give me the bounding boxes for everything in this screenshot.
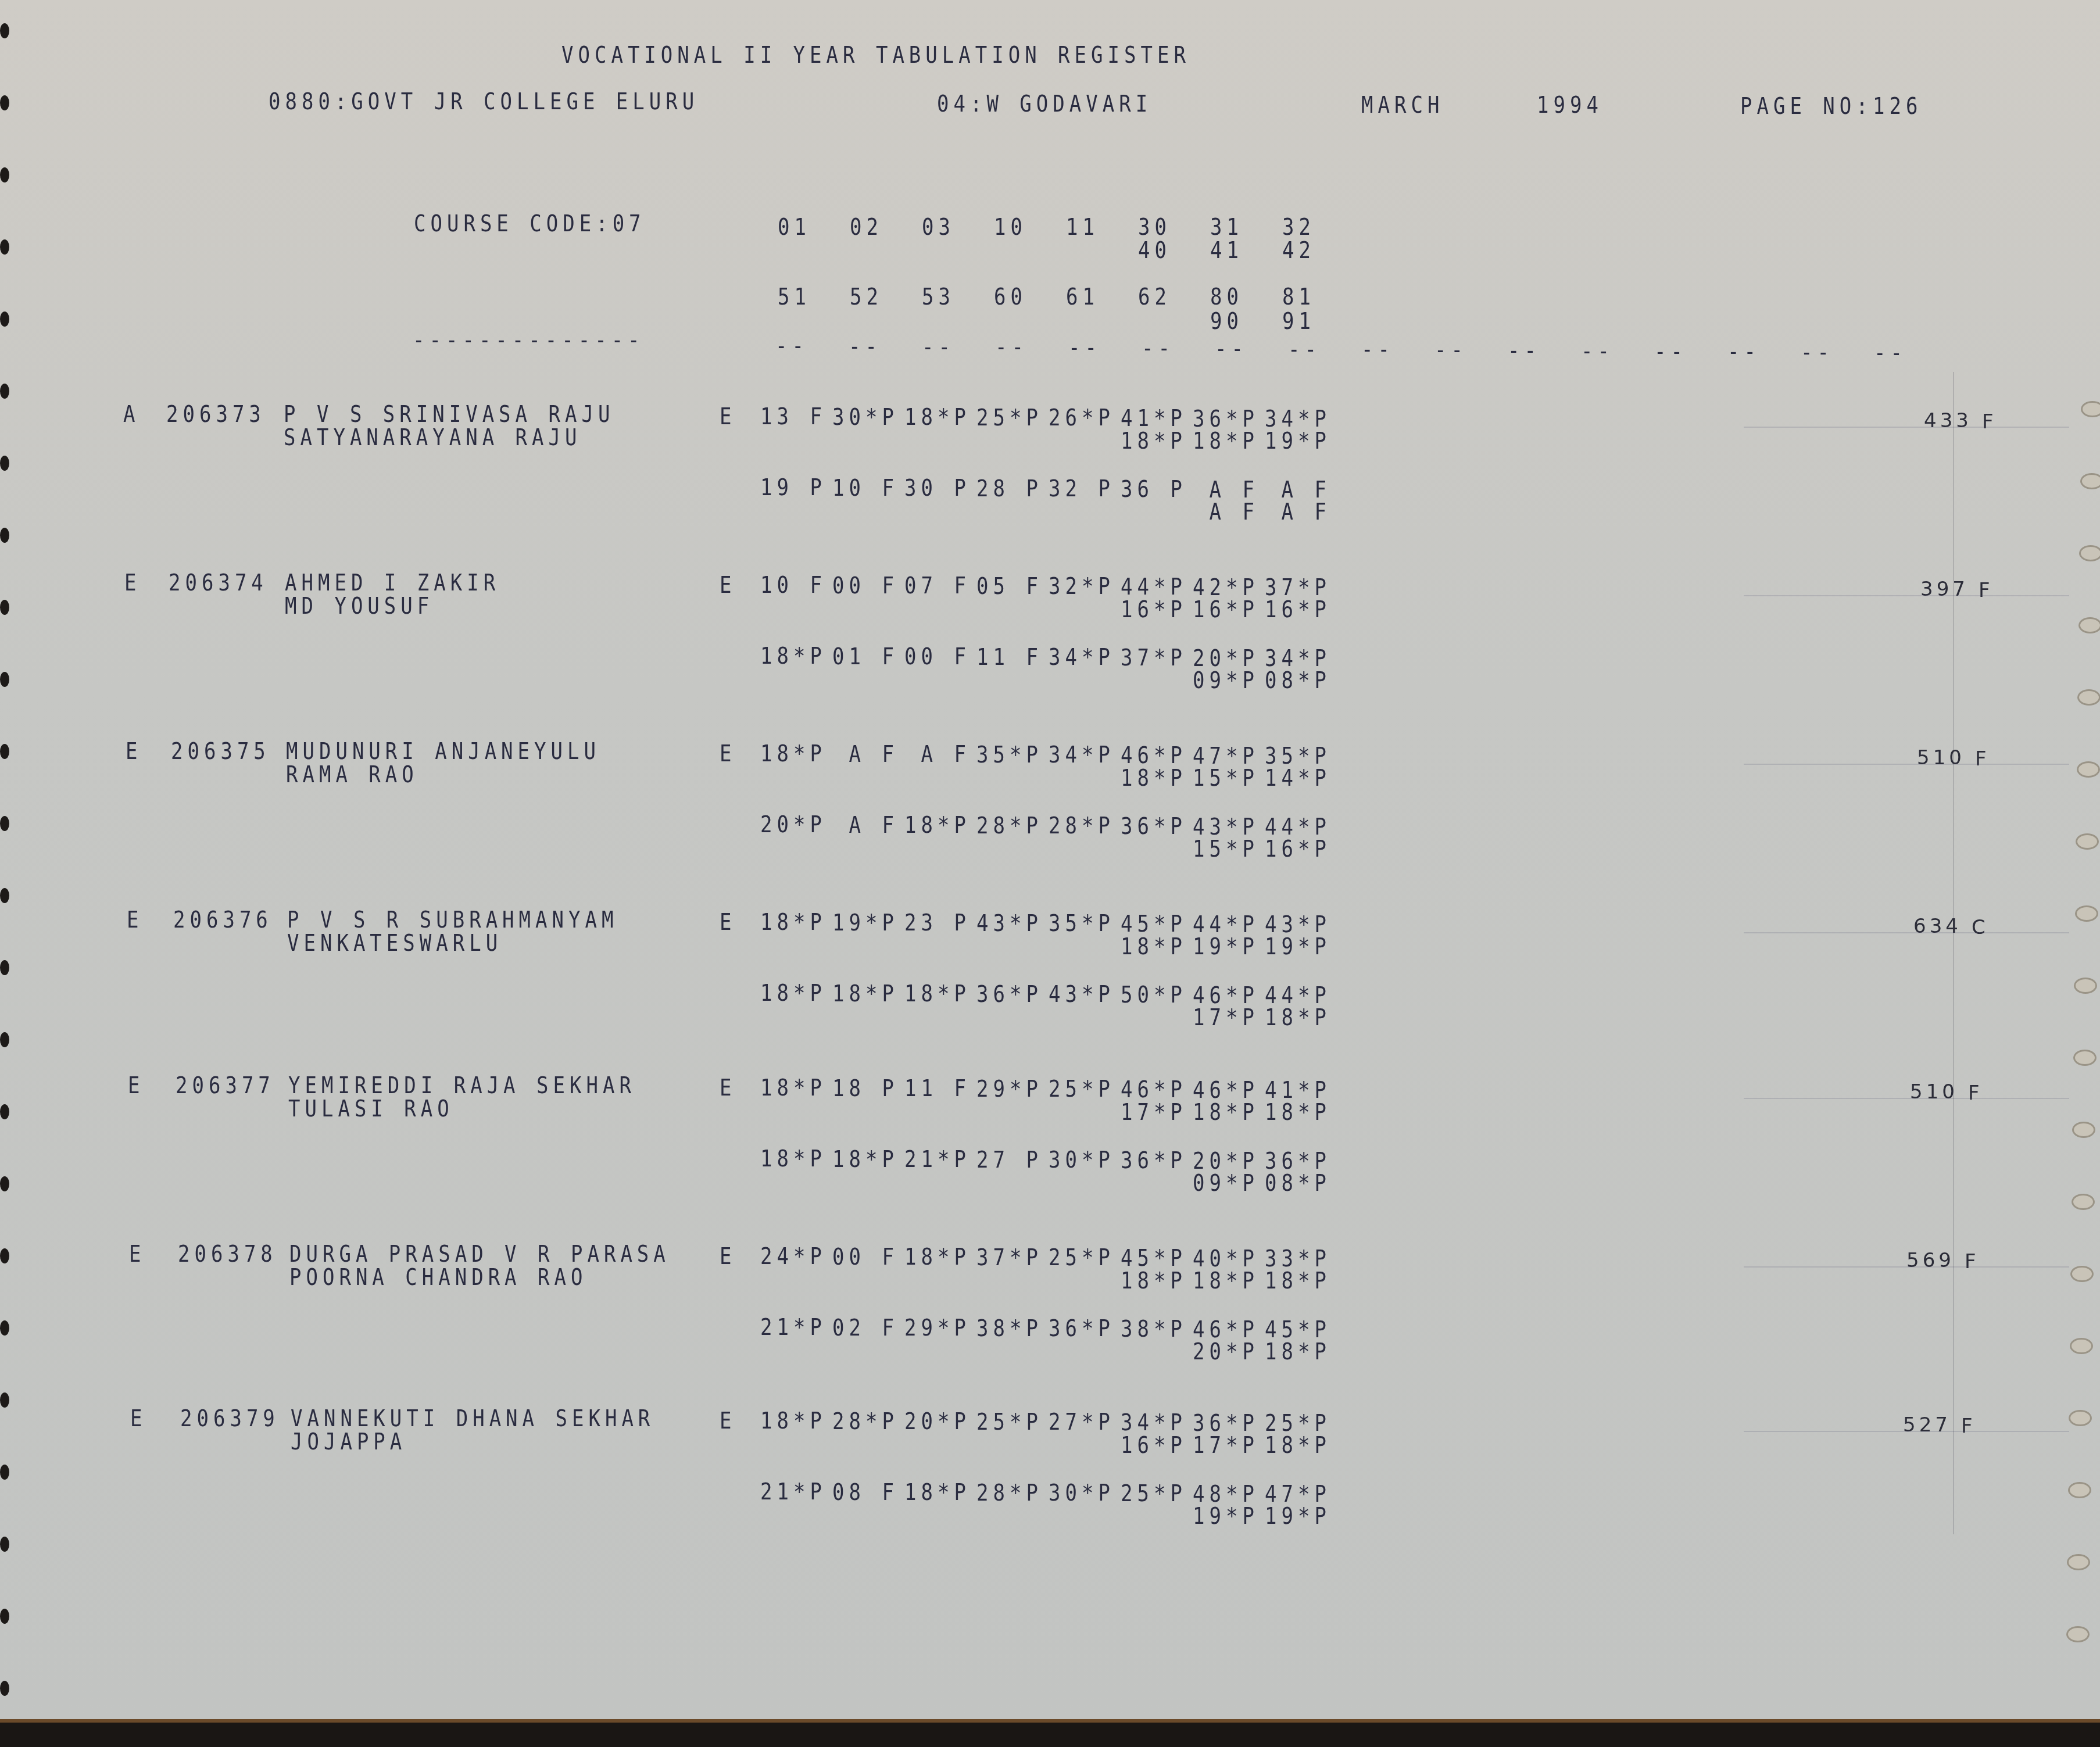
college-name: 0880:GOVT JR COLLEGE ELURU (269, 88, 699, 115)
student-category: E (126, 738, 142, 765)
subject-mark: 25*P (976, 1409, 1043, 1435)
subject-mark: 15*P (1193, 836, 1259, 862)
subject-mark: 18*P (904, 980, 971, 1007)
subject-mark: 18*P (1193, 1268, 1259, 1294)
subject-mark: A F (1265, 499, 1331, 525)
subject-mark: 27*P (1049, 1409, 1115, 1435)
subject-mark: 36*P (1049, 1315, 1115, 1342)
subject-mark: 18*P (904, 1244, 971, 1270)
subject-mark: 28*P (976, 812, 1043, 839)
total-marks: 569 (1906, 1249, 1955, 1272)
father-name: MD YOUSUF (285, 593, 434, 620)
header-underline: -------------- (413, 327, 645, 353)
subject-mark: 28*P (976, 1480, 1043, 1506)
father-name: SATYANARAYANA RAJU (284, 424, 581, 451)
subject-mark: 00 F (904, 643, 971, 670)
feed-hole (2075, 905, 2098, 922)
total-marks: 510 (1910, 1080, 1958, 1104)
subject-code: 81 (1282, 284, 1315, 310)
subject-mark: 18*P (1121, 428, 1187, 454)
subject-mark: 36*P (1121, 1147, 1187, 1174)
subject-mark: A F (904, 741, 971, 768)
subject-mark: 32 P (1049, 475, 1115, 502)
feed-hole (2077, 689, 2100, 706)
feed-hole (0, 1609, 9, 1624)
subject-mark: 19*P (832, 910, 899, 936)
subject-mark: A F (832, 741, 899, 768)
hall-ticket-number: 206375 (171, 738, 270, 765)
total-marks: 634 (1913, 915, 1962, 938)
column-dash: -- (1581, 338, 1614, 364)
subject-mark: 18*P (1121, 765, 1187, 792)
subject-mark: 23 P (904, 910, 971, 936)
feed-hole (0, 1320, 9, 1336)
feed-hole (2072, 1122, 2095, 1138)
feed-hole (0, 95, 9, 110)
subject-mark: 00 F (832, 1244, 899, 1270)
subject-code: 01 (778, 214, 811, 241)
subject-mark: A F (832, 812, 899, 839)
subject-mark: 08 F (832, 1479, 899, 1506)
subject-mark: 18*P (1121, 933, 1187, 960)
subject-mark: 30*P (1049, 1147, 1115, 1173)
result-grade: C (1972, 916, 1989, 939)
feed-hole (0, 456, 9, 471)
subject-mark: 28 P (976, 475, 1043, 502)
subject-mark: 24*P (760, 1243, 827, 1270)
subject-mark: 20*P (904, 1408, 971, 1435)
subject-mark: 36 P (1121, 476, 1187, 503)
subject-code: 90 (1210, 308, 1243, 335)
ruled-line (1744, 932, 2069, 933)
subject-code: 53 (922, 284, 955, 310)
subject-mark: 18*P (904, 1479, 971, 1506)
column-dash: -- (1361, 336, 1394, 363)
subject-code: 51 (778, 284, 811, 310)
feed-hole (2073, 1050, 2097, 1066)
subject-mark: 21*P (760, 1314, 827, 1341)
feed-hole (0, 1032, 9, 1047)
subject-mark: 19 P (760, 474, 827, 501)
subject-mark: 17*P (1193, 1004, 1259, 1031)
ruled-line (1744, 1266, 2069, 1268)
feed-hole (0, 1681, 9, 1696)
subject-mark: 11 F (976, 644, 1043, 671)
subject-mark: 18*P (760, 1145, 827, 1172)
ruled-line (1744, 427, 2069, 428)
subject-mark: 25*P (976, 404, 1043, 431)
subject-mark: 18*P (904, 812, 971, 839)
subject-mark: 18*P (1193, 428, 1259, 454)
district-name: 04:W GODAVARI (937, 91, 1152, 117)
subject-mark: 25*P (1049, 1244, 1115, 1271)
student-category: E (128, 1072, 144, 1099)
subject-mark: 32*P (1049, 573, 1115, 600)
feed-hole (2068, 1482, 2091, 1498)
subject-mark: 30*P (832, 404, 899, 431)
subject-mark: 18*P (760, 909, 827, 936)
medium: E (720, 1075, 736, 1101)
subject-mark: 18*P (760, 1075, 827, 1101)
hall-ticket-number: 206379 (180, 1405, 280, 1432)
column-dash: -- (995, 334, 1028, 360)
subject-code: 91 (1282, 308, 1315, 335)
subject-mark: 18*P (760, 740, 827, 767)
ruled-line (1744, 595, 2069, 596)
feed-hole (2081, 401, 2100, 417)
subject-code: 62 (1138, 284, 1171, 310)
subject-mark: 10 F (760, 572, 827, 599)
subject-mark: 18*P (1193, 1099, 1259, 1126)
feed-hole (0, 672, 9, 687)
subject-mark: 18*P (760, 1408, 827, 1434)
feed-hole (2067, 1554, 2090, 1570)
subject-mark: 18*P (832, 980, 899, 1007)
feed-hole (2079, 545, 2100, 561)
student-category: E (129, 1241, 145, 1268)
feed-hole (2074, 978, 2097, 994)
feed-hole (0, 167, 9, 182)
medium: E (720, 740, 736, 767)
subject-mark: 27 P (976, 1147, 1043, 1173)
subject-mark: 16*P (1265, 836, 1331, 862)
subject-mark: 17*P (1121, 1099, 1187, 1126)
feed-hole (0, 600, 9, 615)
subject-mark: 09*P (1193, 667, 1259, 694)
column-dash: -- (1068, 334, 1101, 361)
ruled-line (1744, 1431, 2069, 1432)
subject-code: 41 (1210, 237, 1243, 264)
feed-hole (0, 888, 9, 903)
subject-mark: 10 F (832, 475, 899, 502)
result-grade: F (1975, 747, 1990, 771)
column-dash: -- (1142, 335, 1175, 361)
column-dash: -- (1874, 339, 1907, 366)
subject-mark: 18*P (760, 980, 827, 1007)
subject-code: 40 (1138, 237, 1171, 264)
result-grade: F (1979, 579, 1994, 602)
subject-code: 42 (1282, 237, 1315, 264)
subject-mark: 21*P (904, 1146, 971, 1173)
result-grade: F (1968, 1082, 1983, 1105)
course-code: COURSE CODE:07 (414, 210, 646, 237)
subject-mark: 18*P (1121, 1268, 1187, 1294)
father-name: TULASI RAO (288, 1096, 454, 1122)
feed-hole (2070, 1338, 2093, 1354)
margin-guide-line (1953, 372, 1954, 1534)
subject-mark: 08*P (1265, 1170, 1331, 1197)
subject-mark: 35*P (1049, 910, 1115, 937)
column-dash: -- (1508, 337, 1541, 364)
feed-hole (0, 1465, 9, 1480)
feed-hole (2072, 1194, 2095, 1210)
subject-code: 10 (994, 214, 1027, 241)
hall-ticket-number: 206374 (169, 570, 268, 596)
subject-mark: 18*P (760, 643, 827, 670)
father-name: JOJAPPA (291, 1429, 406, 1455)
subject-mark: 19*P (1265, 428, 1331, 454)
column-dash: -- (1215, 335, 1248, 362)
subject-code: 61 (1066, 284, 1099, 310)
column-dash: -- (775, 332, 808, 359)
subject-mark: 20*P (1193, 1338, 1259, 1365)
feed-hole (2080, 473, 2100, 489)
total-marks: 510 (1917, 746, 1965, 769)
subject-mark: 17*P (1193, 1432, 1259, 1459)
subject-mark: 08*P (1265, 667, 1331, 694)
feed-hole (0, 1104, 9, 1119)
total-marks: 397 (1920, 578, 1969, 601)
subject-mark: 18*P (1265, 1338, 1331, 1365)
subject-mark: 19*P (1193, 1503, 1259, 1530)
subject-mark: 18 P (832, 1075, 899, 1102)
subject-code: 80 (1210, 284, 1243, 310)
subject-mark: 19*P (1265, 1503, 1331, 1530)
subject-mark: 19*P (1193, 933, 1259, 960)
result-grade: F (1965, 1250, 1980, 1273)
result-grade: F (1982, 410, 1997, 434)
subject-mark: 18*P (904, 404, 971, 431)
exam-year: 1994 (1537, 92, 1603, 119)
subject-mark: 18*P (1265, 1004, 1331, 1031)
subject-code: 60 (994, 284, 1027, 310)
page-number-label: PAGE NO: (1740, 93, 1873, 120)
subject-mark: 29*P (904, 1315, 971, 1341)
subject-mark: 29*P (976, 1076, 1043, 1102)
subject-mark: 28*P (832, 1408, 899, 1435)
subject-mark: 38*P (976, 1315, 1043, 1342)
feed-hole (2077, 761, 2100, 778)
father-name: VENKATESWARLU (287, 930, 502, 957)
subject-mark: 20*P (760, 811, 827, 838)
subject-mark: 18*P (1265, 1268, 1331, 1294)
column-dash: -- (1434, 336, 1468, 363)
subject-mark: 16*P (1121, 1432, 1187, 1459)
exam-month: MARCH (1361, 92, 1444, 119)
student-category: E (130, 1405, 146, 1432)
subject-mark: 30*P (1049, 1480, 1115, 1506)
medium: E (720, 909, 736, 936)
feed-hole (0, 239, 9, 255)
subject-mark: 18*P (1265, 1432, 1331, 1459)
father-name: RAMA RAO (286, 761, 418, 788)
subject-mark: 37*P (976, 1244, 1043, 1271)
hall-ticket-number: 206376 (173, 907, 273, 933)
subject-mark: 16*P (1265, 596, 1331, 623)
subject-mark: 02 F (832, 1315, 899, 1341)
column-dash: -- (1727, 338, 1761, 365)
medium: E (720, 1243, 736, 1270)
student-category: E (124, 570, 141, 596)
subject-mark: 36*P (1121, 813, 1187, 840)
feed-hole (2069, 1410, 2092, 1426)
feed-hole (0, 816, 9, 831)
subject-mark: 07 F (904, 572, 971, 599)
subject-mark: 34*P (1049, 644, 1115, 671)
hall-ticket-number: 206373 (166, 401, 266, 428)
subject-mark: 01 F (832, 643, 899, 670)
page-number: 126 (1873, 93, 1922, 120)
subject-code: 03 (922, 214, 955, 241)
feed-hole (0, 384, 9, 399)
feed-hole (0, 1248, 9, 1263)
subject-mark: 19*P (1265, 933, 1331, 960)
feed-hole (2066, 1626, 2090, 1642)
total-marks: 433 (1924, 409, 1972, 432)
father-name: POORNA CHANDRA RAO (289, 1264, 587, 1291)
subject-mark: 15*P (1193, 765, 1259, 792)
subject-mark: 21*P (760, 1478, 827, 1505)
feed-hole (0, 1537, 9, 1552)
subject-mark: 26*P (1049, 404, 1115, 431)
feed-hole (2076, 833, 2099, 850)
student-category: A (123, 401, 139, 428)
subject-mark: 18*P (1265, 1099, 1331, 1126)
subject-mark: 25*P (1121, 1480, 1187, 1507)
subject-mark: 25*P (1049, 1076, 1115, 1102)
subject-mark: 00 F (832, 572, 899, 599)
column-dash: -- (849, 333, 882, 360)
feed-hole (0, 312, 9, 327)
ruled-line (1744, 1098, 2069, 1099)
column-dash: -- (1654, 338, 1687, 365)
subject-code: 52 (850, 284, 883, 310)
subject-mark: 09*P (1193, 1170, 1259, 1197)
subject-mark: 18*P (832, 1146, 899, 1173)
subject-mark: 34*P (1049, 742, 1115, 768)
result-grade: F (1961, 1415, 1976, 1438)
subject-mark: 38*P (1121, 1316, 1187, 1343)
subject-mark: 16*P (1121, 596, 1187, 623)
feed-hole (0, 528, 9, 543)
column-dash: -- (1288, 336, 1321, 363)
student-category: E (127, 907, 143, 933)
column-dash: -- (922, 334, 955, 360)
subject-mark: 50*P (1121, 982, 1187, 1008)
feed-hole (0, 1176, 9, 1191)
ruled-line (1744, 764, 2069, 765)
total-marks: 527 (1903, 1413, 1951, 1437)
column-dash: -- (1801, 339, 1834, 366)
hall-ticket-number: 206377 (176, 1072, 275, 1099)
feed-hole (0, 744, 9, 759)
subject-mark: 16*P (1193, 596, 1259, 623)
feed-hole (0, 960, 9, 975)
medium: E (720, 1408, 736, 1434)
feed-hole (2070, 1266, 2094, 1282)
subject-mark: 28*P (1049, 812, 1115, 839)
subject-mark: 14*P (1265, 765, 1331, 792)
subject-mark: 43*P (976, 910, 1043, 937)
tabulation-register-page: VOCATIONAL II YEAR TABULATION REGISTER 0… (0, 0, 2100, 1723)
subject-mark: 11 F (904, 1075, 971, 1102)
medium: E (720, 403, 736, 430)
subject-mark: 05 F (976, 573, 1043, 600)
feed-hole (2078, 617, 2100, 633)
subject-mark: A F (1193, 499, 1259, 525)
medium: E (720, 572, 736, 599)
subject-code: 11 (1066, 214, 1099, 241)
subject-mark: 37*P (1121, 645, 1187, 671)
subject-code: 02 (850, 214, 883, 241)
subject-mark: 36*P (976, 981, 1043, 1008)
subject-mark: 30 P (904, 475, 971, 502)
feed-hole (0, 23, 9, 38)
subject-mark: 43*P (1049, 981, 1115, 1008)
hall-ticket-number: 206378 (178, 1241, 277, 1268)
feed-hole (0, 1392, 9, 1408)
register-title: VOCATIONAL II YEAR TABULATION REGISTER (561, 42, 1190, 69)
subject-mark: 35*P (976, 742, 1043, 768)
subject-mark: 13 F (760, 403, 827, 430)
